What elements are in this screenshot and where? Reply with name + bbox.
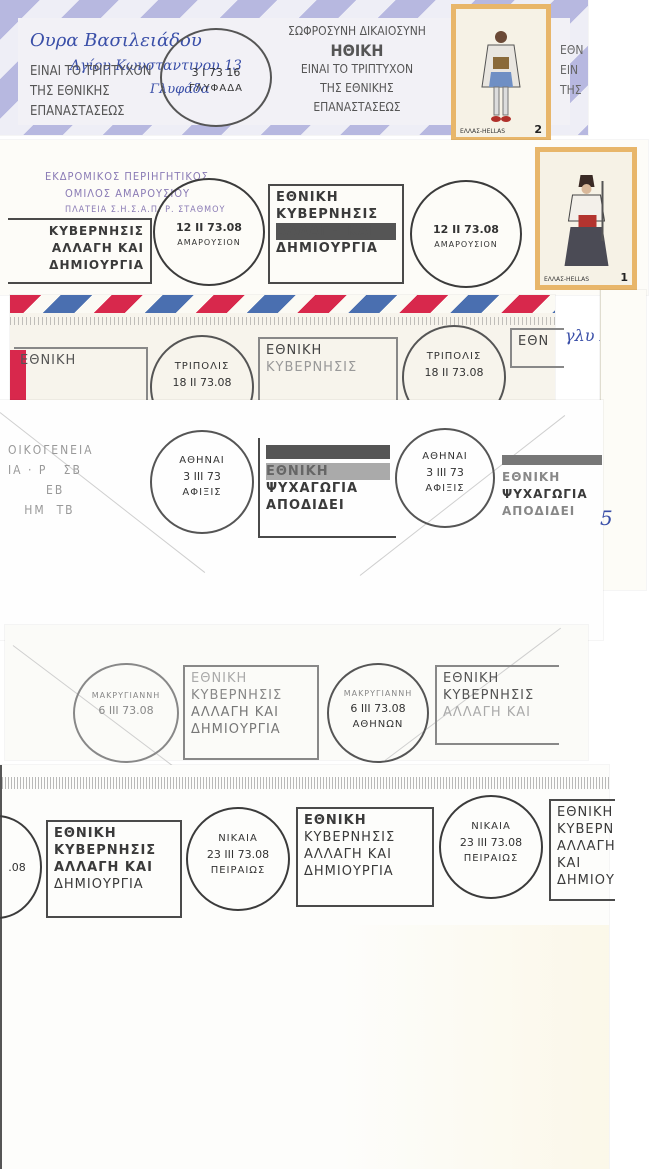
postmark-date: 18 II 73.08 <box>425 366 484 379</box>
postmark-town: ΓΛΥΦΑΔΑ <box>189 83 243 94</box>
slogan-line: ΤΗΣ ΕΘΝΙΚΗΣ <box>30 82 151 102</box>
envelope-1: Ουρα Βασιλειάδου Αγίου Κωνσταντινου 13 Γ… <box>0 0 588 135</box>
slogan-line: ΔΗΜΙΟΥΡΓΙΑ <box>276 240 396 257</box>
postmark-date: .08 <box>8 861 26 874</box>
slogan-line: ΕΘΝΙΚΗ <box>20 352 140 369</box>
slogan-line: ΗΘΙΚΗ <box>288 41 426 60</box>
postmark-town: ΝΙΚΑΙΑ <box>218 833 258 844</box>
slogan-line: ΚΥΒΕΡΝΗΣΙΣ <box>557 821 609 838</box>
postmark-date: 3 III 73 <box>183 470 221 483</box>
stamp-costume-woman: ΕΛΛΑΣ-HELLAS 1 <box>535 147 637 290</box>
envelope-3: ΕΘΝΙΚΗ ΤΡΙΠΟΛΙΣ 18 II 73.08 ΕΘΝΙΚΗ ΚΥΒΕΡ… <box>10 295 555 400</box>
slogan-line: ΑΛΛΑΓΗ ΚΑΙ <box>443 704 553 721</box>
slogan-box-left: ΕΘΝΙΚΗ <box>14 347 148 405</box>
slogan-line: ΔΗΜΙΟΥΡΓΙΑ <box>557 872 609 889</box>
postmark-amarousion: 12 II 73.08 ΑΜΑΡΟΥΣΙΟΝ <box>153 178 265 286</box>
slogan-box-center: ΕΘΝΙΚΗ ΨΥΧΑΓΩΓΙΑ ΑΠΟΔΙΔΕΙ <box>258 438 396 538</box>
postmark-subtitle: ΑΦΙΞΙΣ <box>182 487 221 498</box>
slogan-line: ΕΘΝΙΚΗ <box>266 463 390 480</box>
stamp-value: 2 <box>534 123 542 136</box>
slogan-line: ΚΥΒΕΡΝΗΣΙΣ <box>276 206 396 223</box>
slogan-line: ΤΗΣ ΕΘΝΙΚΗΣ <box>288 79 426 98</box>
postmark-athinai: ΑΘΗΝΑΙ 3 III 73 ΑΦΙΞΙΣ <box>150 430 254 534</box>
slogan-line: ΚΥΒΕΡΝΗΣΙΣ <box>266 359 390 376</box>
slogan-box-1: ΕΘΝΙΚΗ ΚΥΒΕΡΝΗΣΙΣ ΑΛΛΑΓΗ ΚΑΙ ΔΗΜΙΟΥΡΓΙΑ <box>46 820 182 918</box>
slogan-line: ΔΗΜΙΟΥΡΓΙΑ <box>14 257 144 274</box>
costume-figure-icon <box>559 171 614 276</box>
postmark-nikaia-peiraios: ΝΙΚΑΙΑ 23 III 73.08 ΠΕΙΡΑΙΩΣ <box>186 807 290 911</box>
ink-bar <box>266 445 390 459</box>
perforation-strip <box>2 777 609 789</box>
postmark-town: ΑΘΗΝΑΙ <box>422 451 468 462</box>
envelope-6: .08 ΕΘΝΙΚΗ ΚΥΒΕΡΝΗΣΙΣ ΑΛΛΑΓΗ ΚΑΙ ΔΗΜΙΟΥΡ… <box>0 765 609 1169</box>
slogan-line: ΑΛΛΑΓΗ ΚΑΙ <box>276 223 396 240</box>
postmark-town: ΤΡΙΠΟΛΙΣ <box>175 361 230 372</box>
stamp-country: ΕΛΛΑΣ-HELLAS <box>544 276 589 283</box>
slogan-line: ΕΠΑΝΑΣΤΑΣΕΩΣ <box>288 98 426 117</box>
slogan-line: ΕΘΝΙΚΗ <box>443 670 553 687</box>
postmark-town: ΑΘΗΝΑΙ <box>179 455 225 466</box>
slogan-box-right: ΕΘΝΙΚΗ ΚΥΒΕΡΝΗΣΙΣ ΑΛΛΑΓΗ ΚΑΙ <box>435 665 559 745</box>
postmark-town: ΜΑΚΡΥΓΙΑΝΝΗ <box>92 691 161 700</box>
postmark-town: ΑΜΑΡΟΥΣΙΟΝ <box>177 238 241 247</box>
postmark-nikaia-partial: .08 <box>0 815 42 919</box>
slogan-box-left: ΚΥΒΕΡΝΗΣΙΣ ΑΛΛΑΓΗ ΚΑΙ ΔΗΜΙΟΥΡΓΙΑ <box>8 218 152 284</box>
right-slogan-fragment: ΕΘΝΕΙΝΤΗΣ <box>560 40 583 100</box>
perforation-strip <box>10 317 555 325</box>
ink-bar <box>502 455 602 465</box>
stamp-value: 1 <box>620 271 628 284</box>
envelope-2: ΕΚΔΡΟΜΙΚΟΣ ΠΕΡΙΗΓΗΤΙΚΟΣ ΟΜΙΛΟΣ ΑΜΑΡΟΥΣΙΟ… <box>0 140 648 295</box>
slogan-line: ΕΘΝΙΚΗ <box>304 812 426 829</box>
slogan-line: ΑΛΛΑΓΗ ΚΑΙ <box>557 838 609 872</box>
slogan-line: ΑΛΛΑΓΗ ΚΑΙ <box>54 859 174 876</box>
faded-slogan-left: ΟΙΚΟΓΕΝΕΙΑΙΑ · Ρ ΣΒ ΕΒ ΗΜ ΤΒ <box>8 440 94 520</box>
slogan-line: ΕΠΑΝΑΣΤΑΣΕΩΣ <box>30 102 151 122</box>
paper-shade <box>342 925 609 1169</box>
postmark-date: 12 II 73.08 <box>176 221 242 234</box>
slogan-line: ΚΥΒΕΡΝΗΣΙΣ <box>14 223 144 240</box>
slogan-line: ΣΩΦΡΟΣΥΝΗ ΔΙΚΑΙΟΣΥΝΗ <box>288 22 426 41</box>
postmark-date: 18 II 73.08 <box>173 376 232 389</box>
handwritten-note: 5 <box>600 506 613 530</box>
postmark-subtitle: ΑΘΗΝΩΝ <box>353 719 404 730</box>
slogan-line: ΕΙΝΑΙ ΤΟ ΤΡΙΠΤΥΧΟΝ <box>30 62 151 82</box>
slogan-line: ΑΛΛΑΓΗ ΚΑΙ <box>14 240 144 257</box>
slogan-line: ΕΘΝΙΚΗ <box>276 189 396 206</box>
slogan-line: ΑΛΛΑΓΗ ΚΑΙ <box>191 704 311 721</box>
slogan-line: ΚΥΒΕΡΝΗΣΙΣ <box>443 687 553 704</box>
slogan-line: ΕΘΝΙΚΗ <box>557 804 609 821</box>
postmark-subtitle: ΠΕΙΡΑΙΩΣ <box>211 865 266 876</box>
postmark-makrygianni-athinon: ΜΑΚΡΥΓΙΑΝΝΗ 6 III 73.08 ΑΘΗΝΩΝ <box>327 663 429 763</box>
slogan-line: ΕΘΝΙΚΗ <box>191 670 311 687</box>
slogan-line: ΕΘΝΙΚΗ <box>502 469 602 486</box>
slogan-box-center: ΕΘΝΙΚΗ ΚΥΒΕΡΝΗΣΙΣ <box>258 337 398 405</box>
postmark-town: ΑΜΑΡΟΥΣΙΟΝ <box>434 240 498 249</box>
postmark-subtitle: ΠΕΙΡΑΙΩΣ <box>464 853 519 864</box>
slogan-line: ΚΥΒΕΡΝΗΣΙΣ <box>304 829 426 846</box>
costume-figure-icon <box>476 27 526 127</box>
stamp-costume-man: ΕΛΛΑΣ-HELLAS 2 <box>451 4 551 142</box>
slogan-line: ΔΗΜΙΟΥΡΓΙΑ <box>54 876 174 893</box>
slogan-line: ΑΠΟΔΙΔΕΙ <box>266 497 390 514</box>
postmark-subtitle: ΑΦΙΞΙΣ <box>425 483 464 494</box>
slogan-line: ΨΥΧΑΓΩΓΙΑ <box>266 480 390 497</box>
slogan-line: ΕΘΝΙΚΗ <box>54 825 174 842</box>
postmark-date: 12 II 73.08 <box>433 223 499 236</box>
postmark-date: 23 III 73.08 <box>207 848 269 861</box>
postmark-date: 3 I 73 16 <box>192 66 241 79</box>
slogan-box-right: ΕΘΝΙΚΗ ΨΥΧΑΓΩΓΙΑ ΑΠΟΔΙΔΕΙ <box>496 448 608 534</box>
slogan-line: ΚΥΒΕΡΝΗΣΙΣ <box>191 687 311 704</box>
slogan-line: ΔΗΜΙΟΥΡΓΙΑ <box>191 721 311 738</box>
postmark-glyfada: 3 I 73 16 ΓΛΥΦΑΔΑ <box>160 28 272 127</box>
postmark-athinai-2: ΑΘΗΝΑΙ 3 III 73 ΑΦΙΞΙΣ <box>395 428 495 528</box>
slogan-line: ΑΠΟΔΙΔΕΙ <box>502 503 602 520</box>
slogan-box-center: ΕΘΝΙΚΗ ΚΥΒΕΡΝΗΣΙΣ ΑΛΛΑΓΗ ΚΑΙ ΔΗΜΙΟΥΡΓΙΑ <box>268 184 404 284</box>
envelope-5: ΜΑΚΡΥΓΙΑΝΝΗ 6 III 73.08 ΕΘΝΙΚΗ ΚΥΒΕΡΝΗΣΙ… <box>5 625 588 760</box>
postmark-amarousion-2: 12 II 73.08 ΑΜΑΡΟΥΣΙΟΝ <box>410 180 522 288</box>
slogan-line: ΨΥΧΑΓΩΓΙΑ <box>502 486 602 503</box>
slogan-line: ΕΘΝΙΚΗ <box>266 342 390 359</box>
postmark-date: 3 III 73 <box>426 466 464 479</box>
postmark-nikaia-peiraios-2: ΝΙΚΑΙΑ 23 III 73.08 ΠΕΙΡΑΙΩΣ <box>439 795 543 899</box>
slogan-box-3: ΕΘΝΙΚΗ ΚΥΒΕΡΝΗΣΙΣ ΑΛΛΑΓΗ ΚΑΙ ΔΗΜΙΟΥΡΓΙΑ <box>549 799 615 901</box>
postmark-makrygianni: ΜΑΚΡΥΓΙΑΝΝΗ 6 III 73.08 <box>73 663 179 763</box>
airmail-border <box>10 295 555 313</box>
slogan-box-2: ΕΘΝΙΚΗ ΚΥΒΕΡΝΗΣΙΣ ΑΛΛΑΓΗ ΚΑΙ ΔΗΜΙΟΥΡΓΙΑ <box>296 807 434 907</box>
left-slogan: ΕΙΝΑΙ ΤΟ ΤΡΙΠΤΥΧΟΝ ΤΗΣ ΕΘΝΙΚΗΣ ΕΠΑΝΑΣΤΑΣ… <box>30 62 151 122</box>
slogan-box-right: ΕΘΝ <box>510 328 564 368</box>
postmark-town: ΜΑΚΡΥΓΙΑΝΝΗ <box>344 689 413 698</box>
slogan-line: ΑΛΛΑΓΗ ΚΑΙ <box>304 846 426 863</box>
postmark-town: ΝΙΚΑΙΑ <box>471 821 511 832</box>
slogan-line: ΚΥΒΕΡΝΗΣΙΣ <box>54 842 174 859</box>
postmark-town: ΤΡΙΠΟΛΙΣ <box>427 351 482 362</box>
slogan-line: ΔΗΜΙΟΥΡΓΙΑ <box>304 863 426 880</box>
postmark-date: 6 III 73.08 <box>98 704 153 717</box>
slogan-box-center: ΕΘΝΙΚΗ ΚΥΒΕΡΝΗΣΙΣ ΑΛΛΑΓΗ ΚΑΙ ΔΗΜΙΟΥΡΓΙΑ <box>183 665 319 760</box>
background-envelope-edge <box>600 290 646 590</box>
postmark-date: 6 III 73.08 <box>350 702 405 715</box>
slogan-ethiki: ΣΩΦΡΟΣΥΝΗ ΔΙΚΑΙΟΣΥΝΗ ΗΘΙΚΗ ΕΙΝΑΙ ΤΟ ΤΡΙΠ… <box>288 22 426 117</box>
stamp-country: ΕΛΛΑΣ-HELLAS <box>460 128 505 135</box>
slogan-line: ΕΙΝΑΙ ΤΟ ΤΡΙΠΤΥΧΟΝ <box>288 60 426 79</box>
envelope-4: ΟΙΚΟΓΕΝΕΙΑΙΑ · Ρ ΣΒ ΕΒ ΗΜ ΤΒ ΑΘΗΝΑΙ 3 II… <box>0 400 603 640</box>
postmark-date: 23 III 73.08 <box>460 836 522 849</box>
